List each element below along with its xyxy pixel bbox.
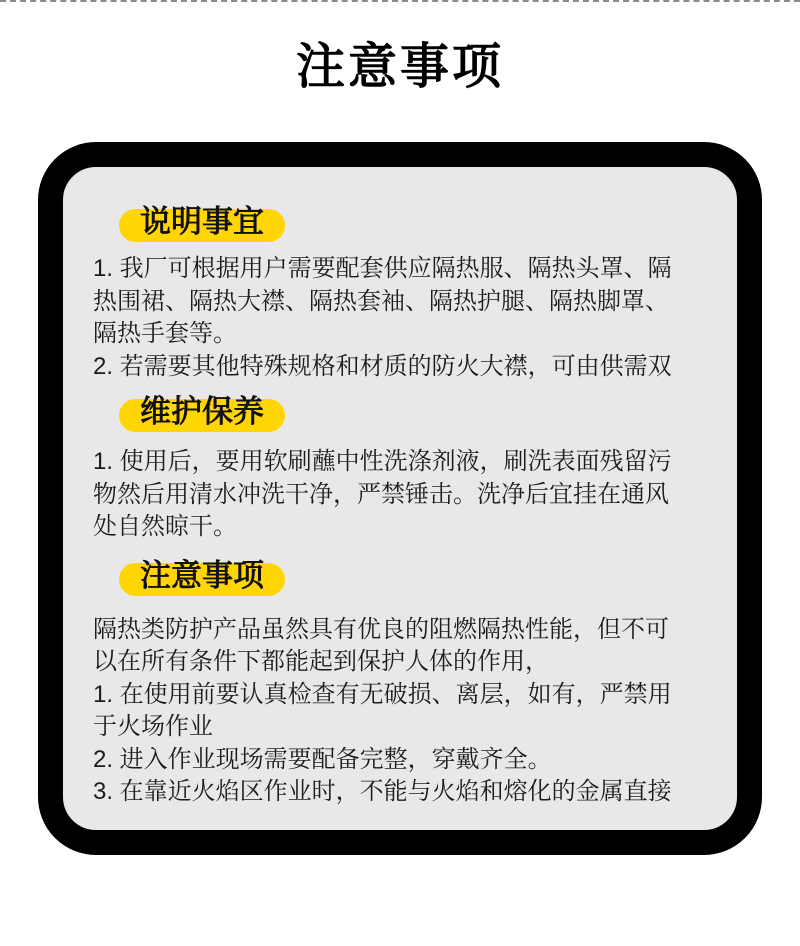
section-precautions: 注意事项 隔热类防护产品虽然具有优良的阻燃隔热性能，但不可 以在所有条件下都能起… xyxy=(93,544,707,809)
section-body: 1. 我厂可根据用户需要配套供应隔热服、隔热头罩、隔 热围裙、隔热大襟、隔热套袖… xyxy=(93,253,707,383)
page-title: 注意事项 xyxy=(0,0,800,96)
text-line: 1. 在使用前要认真检查有无破损、离层，如有，严禁用 xyxy=(93,679,707,712)
text-line: 2. 进入作业现场需要配备完整，穿戴齐全。 xyxy=(93,744,707,777)
section-maintenance: 维护保养 1. 使用后，要用软刷蘸中性洗涤剂液，刷洗表面残留污 物然后用清水冲洗… xyxy=(93,383,707,544)
section-heading-pill: 维护保养 xyxy=(119,399,285,432)
text-line: 1. 使用后，要用软刷蘸中性洗涤剂液，刷洗表面残留污 xyxy=(93,446,707,479)
text-line: 处自然晾干。 xyxy=(93,511,707,544)
text-line: 隔热类防护产品虽然具有优良的阻燃隔热性能，但不可 xyxy=(93,614,707,647)
section-instructions: 说明事宜 1. 我厂可根据用户需要配套供应隔热服、隔热头罩、隔 热围裙、隔热大襟… xyxy=(93,209,707,383)
text-line: 以在所有条件下都能起到保护人体的作用， xyxy=(93,646,707,679)
top-divider-line xyxy=(0,0,800,2)
text-line: 3. 在靠近火焰区作业时，不能与火焰和熔化的金属直接 xyxy=(93,776,707,809)
notice-card: 说明事宜 1. 我厂可根据用户需要配套供应隔热服、隔热头罩、隔 热围裙、隔热大襟… xyxy=(38,142,762,855)
text-line: 隔热手套等。 xyxy=(93,318,707,351)
text-line: 物然后用清水冲洗干净，严禁锤击。洗净后宜挂在通风 xyxy=(93,479,707,512)
text-line: 热围裙、隔热大襟、隔热套袖、隔热护腿、隔热脚罩、 xyxy=(93,286,707,319)
section-body: 隔热类防护产品虽然具有优良的阻燃隔热性能，但不可 以在所有条件下都能起到保护人体… xyxy=(93,614,707,809)
section-heading: 注意事项 xyxy=(140,556,264,596)
section-heading: 维护保养 xyxy=(140,392,264,432)
section-heading-pill: 注意事项 xyxy=(119,563,285,596)
text-line: 2. 若需要其他特殊规格和材质的防火大襟，可由供需双 xyxy=(93,351,707,384)
text-line: 1. 我厂可根据用户需要配套供应隔热服、隔热头罩、隔 xyxy=(93,253,707,286)
section-body: 1. 使用后，要用软刷蘸中性洗涤剂液，刷洗表面残留污 物然后用清水冲洗干净，严禁… xyxy=(93,446,707,544)
section-heading-pill: 说明事宜 xyxy=(119,209,285,242)
text-line: 于火场作业 xyxy=(93,711,707,744)
section-heading: 说明事宜 xyxy=(140,202,264,242)
